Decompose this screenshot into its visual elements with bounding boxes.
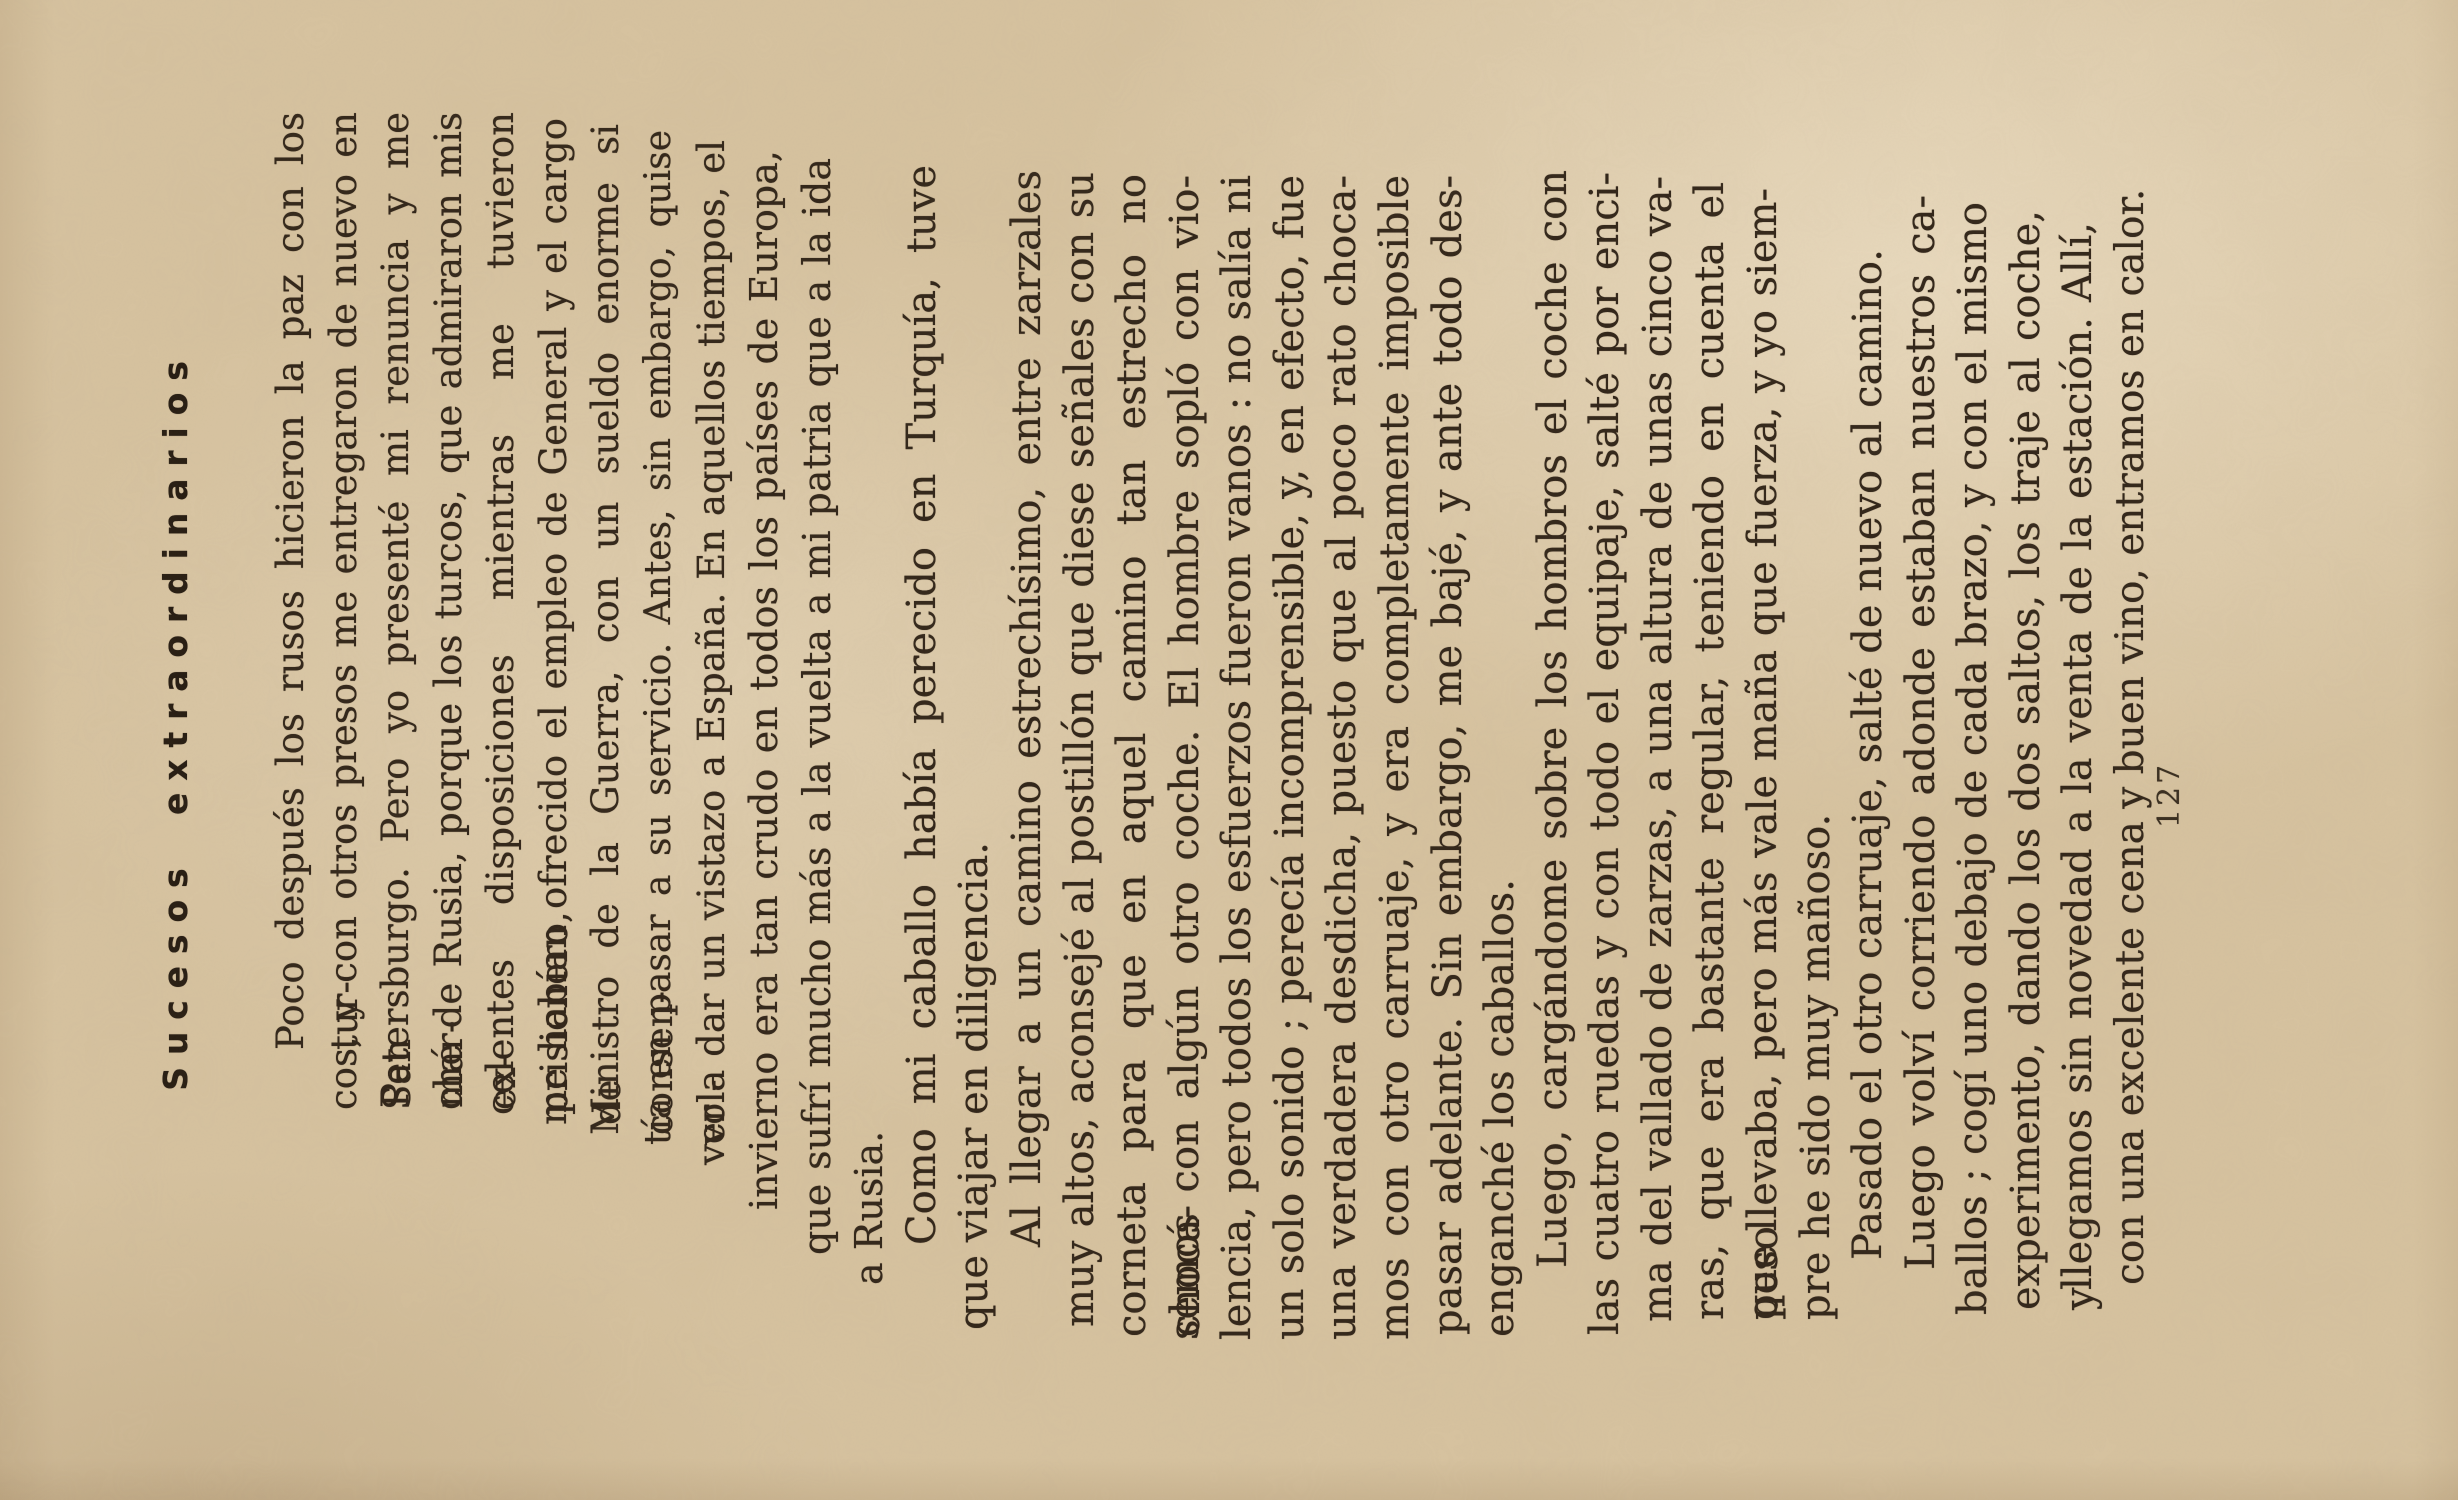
- text-line: que llevaba, pero más vale maña que fuer…: [1736, 188, 1790, 1320]
- text-line: que sufrí mucho más a la vuelta a mi pat…: [790, 158, 844, 1255]
- text-line: ras, que era bastante regular, teniendo …: [1683, 182, 1737, 1320]
- text-line: celentes disposiciones mientras me tuvie…: [474, 112, 528, 1115]
- text-line: Al llegar a un camino estrechísimo, entr…: [1000, 170, 1054, 1247]
- text-line: Luego volví corriendo adonde estaban nue…: [1894, 195, 1948, 1270]
- text-line: las cuatro ruedas y con todo el equipaje…: [1578, 172, 1632, 1335]
- text-line: invierno era tan crudo en todos los país…: [737, 150, 791, 1210]
- text-line: tía en pasar a su servicio. Antes, sin e…: [632, 130, 686, 1145]
- text-line: Como mi caballo había perecido en Turquí…: [895, 165, 949, 1245]
- text-line: Poco después los rusos hicieron la paz c…: [264, 112, 318, 1050]
- text-line: muy altos, aconsejé al postillón que die…: [1053, 172, 1107, 1327]
- text-line: ma del vallado de zarzas, a una altura d…: [1631, 176, 1685, 1322]
- text-line: lencia, pero todos los esfuerzos fueron …: [1210, 175, 1264, 1340]
- text-line: cos, y con otros presos me entregaron de…: [317, 112, 371, 1110]
- text-line: Ministro de la Guerra, con un sueldo eno…: [579, 124, 633, 1135]
- text-line: mos con otro carruaje, y era completamen…: [1368, 175, 1422, 1340]
- text-line: ver a dar un vistazo a España. En aquell…: [685, 140, 739, 1165]
- text-line: ballos ; cogí uno debajo de cada brazo, …: [1946, 202, 2000, 1315]
- text-line: un solo sonido ; perecía incomprensible,…: [1263, 175, 1317, 1340]
- text-line: que viajar en diligencia.: [947, 842, 1001, 1330]
- text-line: semos con algún otro coche. El hombre so…: [1158, 175, 1212, 1340]
- text-line: pasar adelante. Sin embargo, me bajé, y …: [1421, 175, 1475, 1335]
- text-line: experimento, dando los dos saltos, los t…: [1999, 210, 2053, 1310]
- text-line: pre he sido muy mañoso.: [1789, 814, 1843, 1320]
- text-line: enganché los caballos.: [1473, 879, 1527, 1337]
- text-line: llegamos sin novedad a la venta de la es…: [2051, 222, 2105, 1290]
- text-line: me habían ofrecido el empleo de General …: [527, 118, 581, 1125]
- text-line: una verdadera desdicha, puesto que al po…: [1315, 175, 1369, 1340]
- text-line: ché de Rusia, porque los turcos, que adm…: [422, 112, 476, 1110]
- text-line: Petersburgo. Pero yo presenté mi renunci…: [369, 112, 423, 1108]
- page-number: 127: [2152, 650, 2187, 940]
- rotated-page-content: Sucesos extraordinarios Poco después los…: [0, 0, 2458, 1500]
- text-line: a Rusia.: [842, 1131, 896, 1285]
- running-header-title: Sucesos extraordinarios: [156, 310, 212, 1130]
- scanned-book-page: { "page": { "header_title": "Sucesos ext…: [0, 0, 2458, 1500]
- text-line: Luego, cargándome sobre los hombros el c…: [1526, 170, 1580, 1268]
- text-line: Pasado el otro carruaje, salté de nuevo …: [1841, 249, 1895, 1260]
- text-line: corneta para que en aquel camino tan est…: [1105, 174, 1159, 1337]
- text-line: con una excelente cena y buen vino, entr…: [2104, 189, 2158, 1285]
